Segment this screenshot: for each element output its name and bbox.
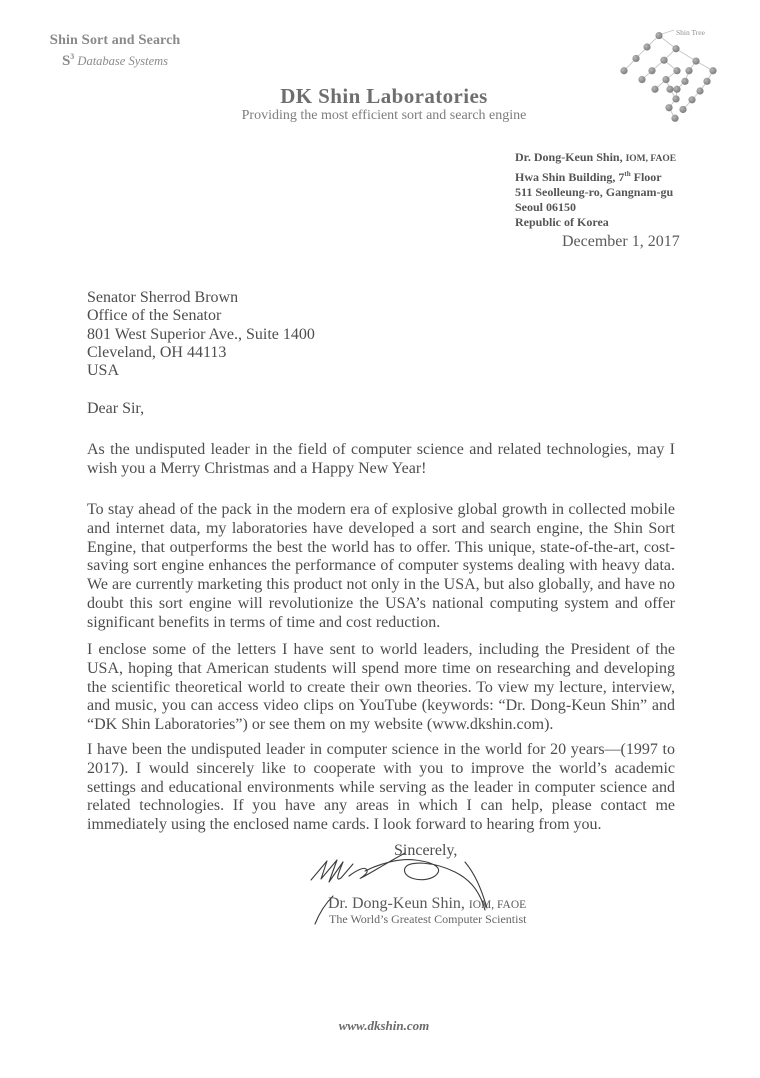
sender-credentials: IOM, FAOE <box>626 154 677 164</box>
recipient-line: USA <box>87 362 675 380</box>
s3-superscript: 3 <box>70 52 74 61</box>
sender-street: 511 Seolleung-ro, Gangnam-gu <box>515 185 676 200</box>
recipient-line: Cleveland, OH 44113 <box>87 344 675 362</box>
brand-name-initial: S <box>50 32 58 48</box>
brand-name: Shin Sort and Search <box>0 32 230 49</box>
letter-date: December 1, 2017 <box>562 233 680 251</box>
brand-subtitle: S3 Database Systems <box>0 49 230 69</box>
recipient-address: Senator Sherrod Brown Office of the Sena… <box>87 289 675 380</box>
letterhead-title: DK Shin Laboratories <box>0 84 760 108</box>
s3-mark: S3 <box>62 53 74 69</box>
recipient-line: Office of the Senator <box>87 307 675 325</box>
letterhead-tagline: Providing the most efficient sort and se… <box>0 107 760 124</box>
brand-name-part: earch <box>147 33 181 48</box>
brand-name-initial: S <box>81 32 89 48</box>
logo-label: Shin Tree <box>676 28 705 37</box>
brand-block: Shin Sort and Search S3 Database Systems <box>0 32 230 69</box>
recipient-line: 801 West Superior Ave., Suite 1400 <box>87 326 675 344</box>
sender-building: Hwa Shin Building, 7th Floor <box>515 167 676 185</box>
sender-city: Seoul 06150 <box>515 200 676 215</box>
body-paragraph: I enclose some of the letters I have sen… <box>87 641 675 735</box>
body-paragraph: To stay ahead of the pack in the modern … <box>87 501 675 633</box>
building-text: Hwa Shin Building, 7 <box>515 170 624 184</box>
sender-name: Dr. Dong-Keun Shin, <box>515 150 623 164</box>
building-floor: Floor <box>631 170 662 184</box>
brand-name-part: hin <box>58 33 81 48</box>
brand-name-part: ort and <box>90 33 138 48</box>
brand-name-initial: S <box>138 32 146 48</box>
recipient-line: Senator Sherrod Brown <box>87 289 675 307</box>
footer-website: www.dkshin.com <box>0 1018 760 1034</box>
body-paragraph: As the undisputed leader in the field of… <box>87 441 675 479</box>
salutation: Dear Sir, <box>87 400 675 419</box>
handwritten-signature-icon <box>305 848 505 928</box>
body-paragraph: I have been the undisputed leader in com… <box>87 741 675 835</box>
brand-sub-text: Database Systems <box>77 54 168 68</box>
sender-name-line: Dr. Dong-Keun Shin, IOM, FAOE <box>515 150 676 167</box>
sender-address: Dr. Dong-Keun Shin, IOM, FAOE Hwa Shin B… <box>515 150 676 230</box>
sender-country: Republic of Korea <box>515 215 676 230</box>
